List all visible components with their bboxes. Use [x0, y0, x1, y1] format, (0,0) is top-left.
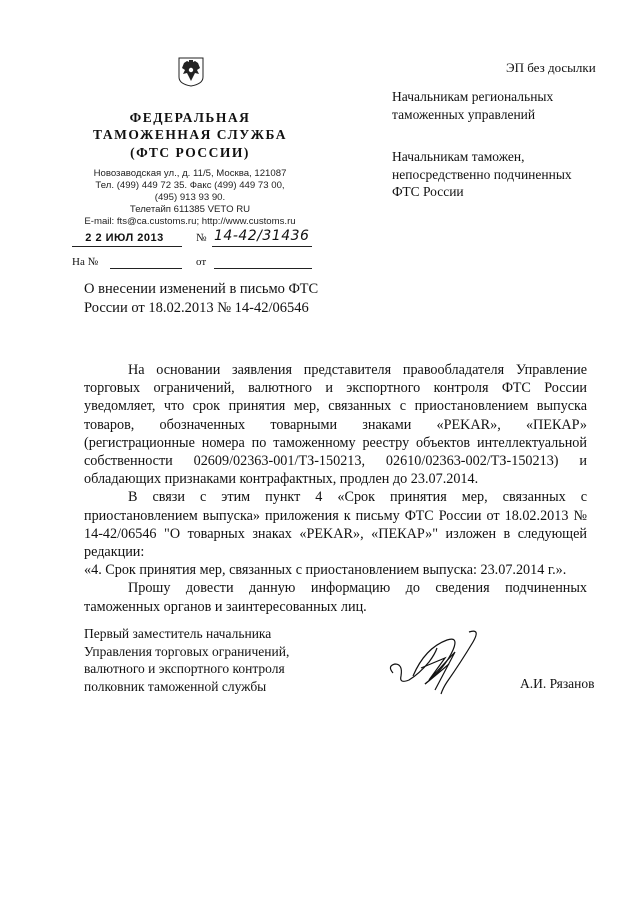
delivery-mark: ЭП без досылки — [506, 60, 596, 76]
addressee-line: Начальникам таможен, — [392, 148, 572, 166]
letter-subject: О внесении изменений в письмо ФТС России… — [84, 280, 354, 318]
addressee-customs-heads: Начальникам таможен, непосредственно под… — [392, 148, 572, 201]
signer-position: Первый заместитель начальника Управления… — [84, 625, 354, 695]
phone-line-2: (495) 913 93 90. — [60, 192, 320, 204]
phone-line: Тел. (499) 449 72 35. Факс (499) 449 73 … — [60, 180, 320, 192]
addressee-line: непосредственно подчиненных — [392, 166, 572, 184]
reference-from-label: от — [196, 256, 206, 268]
registration-date-stamp: 2 2 ИЮЛ 2013 — [72, 232, 177, 244]
registration-row: 2 2 ИЮЛ 2013 № 14-42/31436 — [72, 232, 312, 246]
registration-number-handwritten: 14-42/31436 — [214, 228, 309, 244]
org-name-line1: ФЕДЕРАЛЬНАЯ — [60, 110, 320, 126]
signer-position-line: валютного и экспортного контроля — [84, 660, 354, 678]
address-line: Новозаводская ул., д. 11/5, Москва, 1210… — [60, 168, 320, 180]
addressee-line: таможенных управлений — [392, 106, 553, 124]
org-name-line2: ТАМОЖЕННАЯ СЛУЖБА — [60, 127, 320, 143]
signer-name: А.И. Рязанов — [520, 676, 595, 692]
russian-coat-of-arms-icon — [178, 57, 204, 87]
body-paragraph: Прошу довести данную информацию до сведе… — [84, 579, 587, 615]
email-line: E-mail: fts@ca.customs.ru; http://www.cu… — [60, 216, 320, 228]
reference-number-blank — [110, 268, 182, 269]
registration-number-underline — [212, 246, 312, 247]
reference-date-blank — [214, 268, 312, 269]
addressee-line: Начальникам региональных — [392, 88, 553, 106]
reference-number-label: На № — [72, 256, 98, 268]
signer-position-line: Первый заместитель начальника — [84, 625, 354, 643]
reference-row: На № от — [72, 256, 312, 272]
signer-position-line: полковник таможенной службы — [84, 678, 354, 696]
addressee-regional-administrations: Начальникам региональных таможенных упра… — [392, 88, 553, 123]
addressee-line: ФТС России — [392, 183, 572, 201]
letter-body: На основании заявления представителя пра… — [84, 361, 587, 616]
org-address-block: Новозаводская ул., д. 11/5, Москва, 1210… — [60, 168, 320, 228]
body-quote-paragraph: «4. Срок принятия мер, связанных с приос… — [84, 561, 587, 579]
org-abbreviation: (ФТС РОССИИ) — [60, 145, 320, 161]
handwritten-signature-icon — [385, 628, 505, 708]
body-paragraph: На основании заявления представителя пра… — [84, 361, 587, 488]
registration-number-label: № — [196, 232, 207, 244]
teletype-line: Телетайп 611385 VETO RU — [60, 204, 320, 216]
signer-position-line: Управления торговых ограничений, — [84, 643, 354, 661]
body-paragraph: В связи с этим пункт 4 «Срок принятия ме… — [84, 488, 587, 561]
registration-date-underline — [72, 246, 182, 247]
